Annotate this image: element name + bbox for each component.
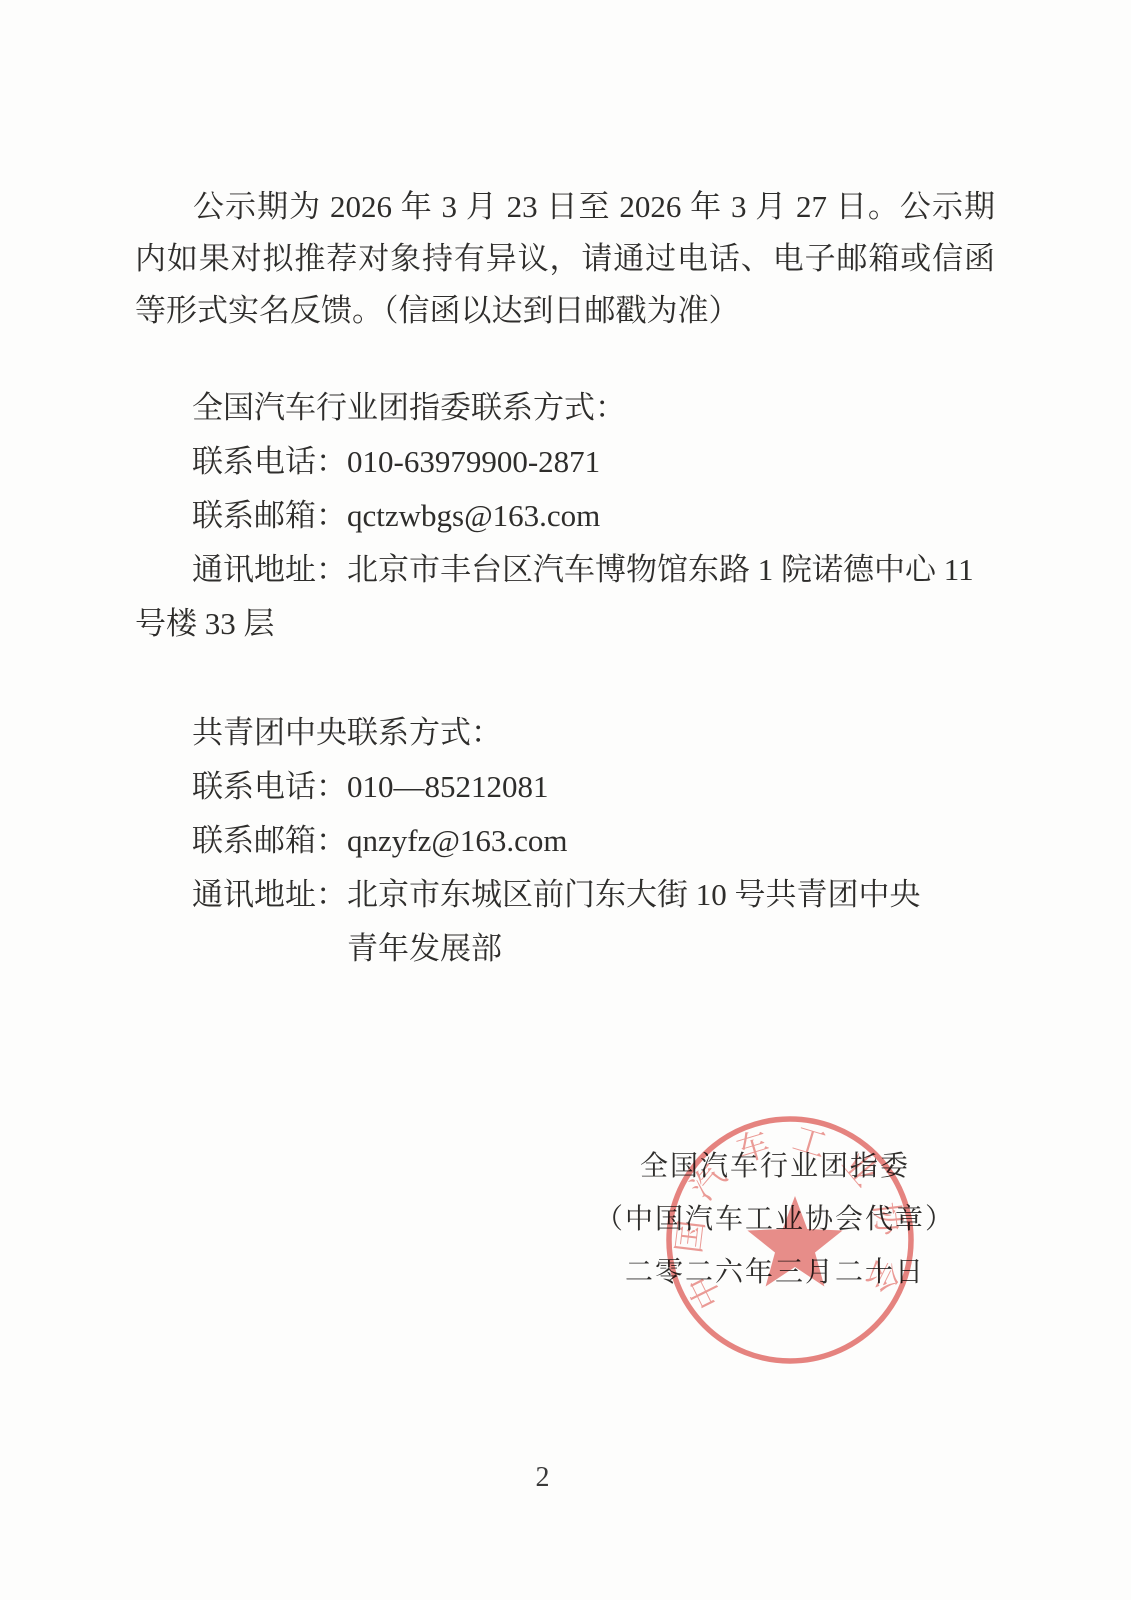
- address-value: 北京市东城区前门东大街 10 号共青团中央: [347, 877, 921, 912]
- email-value: qnzyfz@163.com: [347, 823, 568, 858]
- contact-league-address-2: 青年发展部: [135, 922, 921, 976]
- page-number: 2: [0, 1462, 1085, 1494]
- notice-line-1: 公示期为 2026 年 3 月 23 日至 2026 年 3 月 27 日。公示…: [135, 181, 995, 233]
- address-label: 通讯地址：: [192, 877, 347, 912]
- contact-committee-address-2: 号楼 33 层: [135, 597, 974, 651]
- phone-label: 联系电话：: [192, 444, 347, 479]
- document-page: 公示期为 2026 年 3 月 23 日至 2026 年 3 月 27 日。公示…: [0, 0, 1131, 1600]
- contact-league-phone: 联系电话：010—85212081: [135, 760, 921, 814]
- contact-committee-address-1: 通讯地址：北京市丰台区汽车博物馆东路 1 院诺德中心 11: [135, 543, 974, 597]
- signature-org: 全国汽车行业团指委: [570, 1140, 980, 1193]
- contact-block-committee: 全国汽车行业团指委联系方式： 联系电话：010-63979900-2871 联系…: [135, 381, 974, 651]
- contact-block-league: 共青团中央联系方式： 联系电话：010—85212081 联系邮箱：qnzyfz…: [135, 706, 921, 976]
- contact-committee-email: 联系邮箱：qctzwbgs@163.com: [135, 489, 974, 543]
- contact-committee-heading: 全国汽车行业团指委联系方式：: [135, 381, 974, 435]
- notice-paragraph: 公示期为 2026 年 3 月 23 日至 2026 年 3 月 27 日。公示…: [135, 181, 995, 337]
- contact-league-email: 联系邮箱：qnzyfz@163.com: [135, 814, 921, 868]
- phone-label: 联系电话：: [192, 769, 347, 804]
- notice-line-3: 等形式实名反馈。（信函以达到日邮戳为准）: [135, 285, 995, 337]
- contact-league-address-1: 通讯地址：北京市东城区前门东大街 10 号共青团中央: [135, 868, 921, 922]
- address-value: 北京市丰台区汽车博物馆东路 1 院诺德中心 11: [347, 552, 974, 587]
- contact-committee-phone: 联系电话：010-63979900-2871: [135, 435, 974, 489]
- address-label: 通讯地址：: [192, 552, 347, 587]
- email-label: 联系邮箱：: [192, 498, 347, 533]
- email-value: qctzwbgs@163.com: [347, 498, 600, 533]
- contact-league-heading: 共青团中央联系方式：: [135, 706, 921, 760]
- signature-seal-note: （中国汽车工业协会代章）: [570, 1193, 980, 1246]
- phone-value: 010—85212081: [347, 769, 549, 804]
- signature-date: 二零二六年三月二十日: [570, 1246, 980, 1299]
- signature-block: 全国汽车行业团指委 （中国汽车工业协会代章） 二零二六年三月二十日: [570, 1140, 980, 1299]
- notice-line-2: 内如果对拟推荐对象持有异议，请通过电话、电子邮箱或信函: [135, 233, 995, 285]
- phone-value: 010-63979900-2871: [347, 444, 600, 479]
- email-label: 联系邮箱：: [192, 823, 347, 858]
